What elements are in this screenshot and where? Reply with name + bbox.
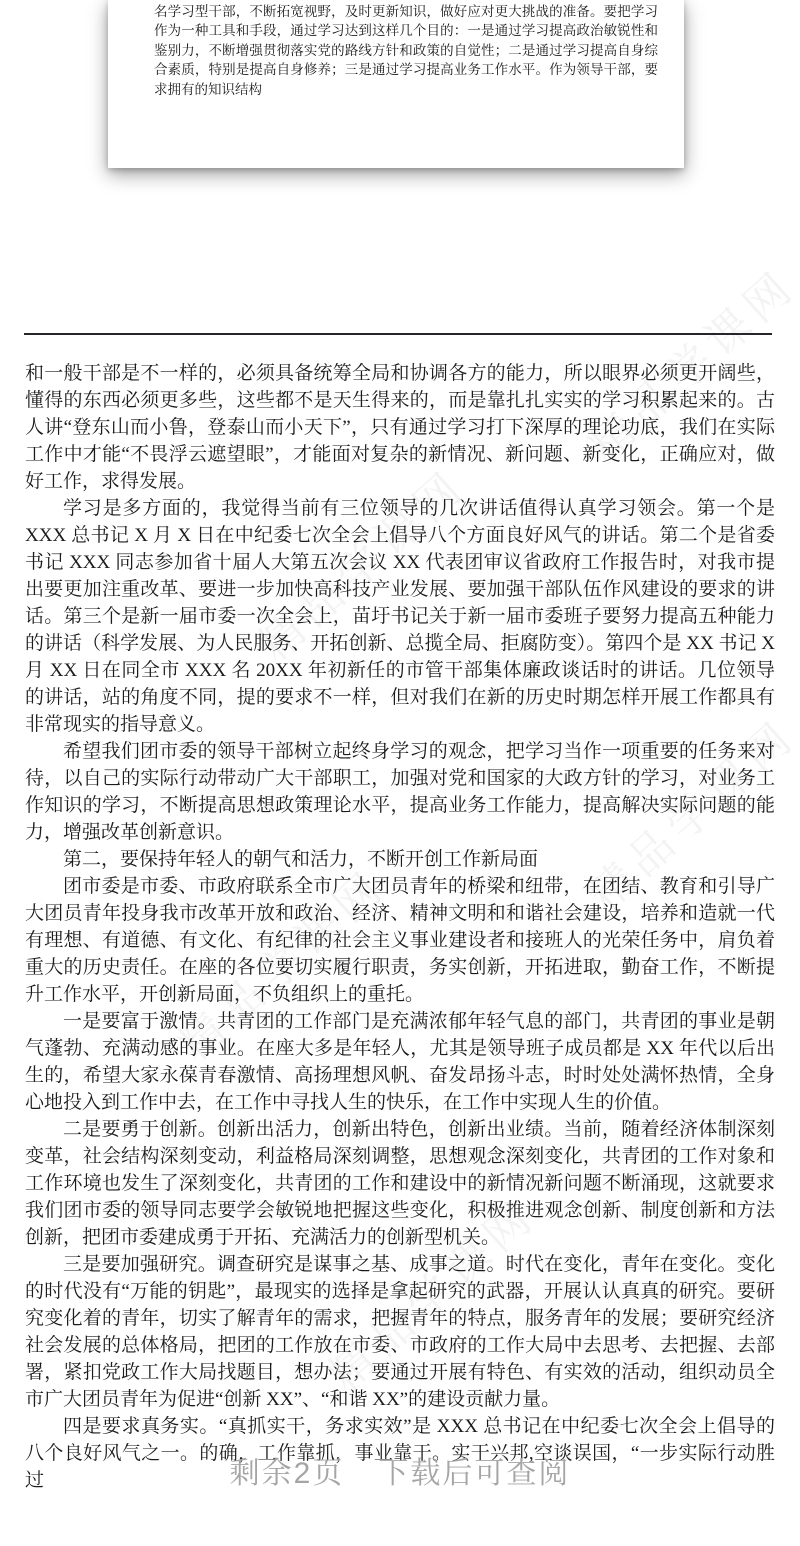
paragraph: 三是要加强研究。调查研究是谋事之基、成事之道。时代在变化，青年在变化。变化的时代…: [25, 1251, 775, 1413]
document-preview-page: 精品学课网 精品学课网 精品学课网 精品学课网 精品学课网 名学习型干部，不断拓…: [0, 0, 800, 1546]
remaining-pages-hint: 剩余2页下载后可查阅: [0, 1448, 800, 1492]
document-body: 和一般干部是不一样的，必须具备统筹全局和协调各方的能力，所以眼界必须更开阔些，懂…: [25, 360, 775, 1494]
paragraph: 团市委是市委、市政府联系全市广大团员青年的桥梁和纽带，在团结、教育和引导广大团员…: [25, 873, 775, 1008]
section-heading: 第二，要保持年轻人的朝气和活力，不断开创工作新局面: [25, 846, 775, 873]
paragraph: 希望我们团市委的领导干部树立起终身学习的观念，把学习当作一项重要的任务来对待，以…: [25, 738, 775, 846]
section-divider: [24, 333, 772, 335]
paragraph: 二是要勇于创新。创新出活力，创新出特色，创新出业绩。当前，随着经济体制深刻变革，…: [25, 1116, 775, 1251]
page-preview-card: 名学习型干部，不断拓宽视野，及时更新知识，做好应对更大挑战的准备。要把学习作为一…: [108, 0, 684, 168]
download-to-view-hint: 下载后可查阅: [378, 1457, 570, 1490]
paragraph: 学习是多方面的，我觉得当前有三位领导的几次讲话值得认真学习领会。第一个是 XXX…: [25, 495, 775, 738]
paragraph: 一是要富于激情。共青团的工作部门是充满浓郁年轻气息的部门，共青团的事业是朝气蓬勃…: [25, 1008, 775, 1116]
remaining-pages-count: 剩余2页: [230, 1457, 345, 1490]
page-preview-text: 名学习型干部，不断拓宽视野，及时更新知识，做好应对更大挑战的准备。要把学习作为一…: [154, 2, 658, 99]
paragraph: 和一般干部是不一样的，必须具备统筹全局和协调各方的能力，所以眼界必须更开阔些，懂…: [25, 360, 775, 495]
